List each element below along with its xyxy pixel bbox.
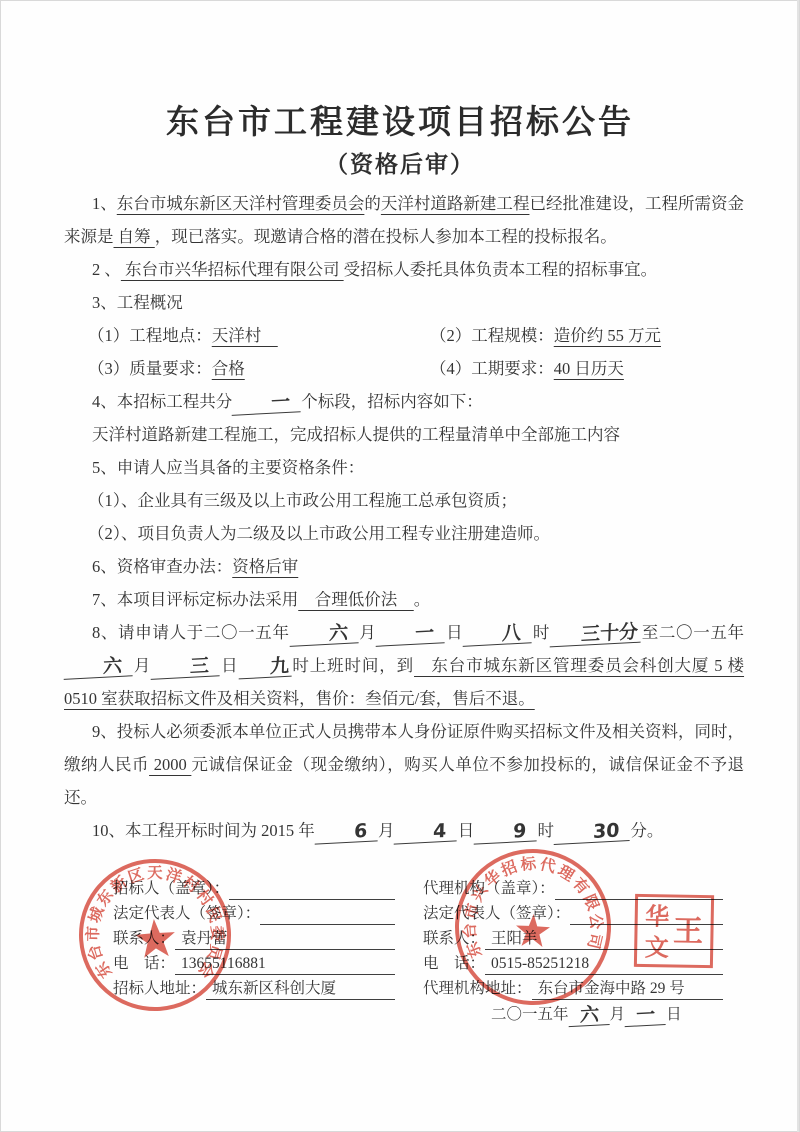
bidder-seal-row: 招标人（盖章）： <box>113 876 395 901</box>
agency-address-value: 东台市金海中路 29 号 <box>532 976 723 1000</box>
bidder-representative-blank <box>260 901 395 925</box>
overview-item-2: （2）工程规模：造价约 55 万元 <box>430 319 744 352</box>
bidder-seal-blank <box>229 876 395 900</box>
clause-7: 7、本项目评标定标办法采用 合理低价法 。 <box>64 583 744 616</box>
overview-item-3: （3）质量要求：合格 <box>64 352 430 385</box>
project-name-underlined: 天洋村道路新建工程 <box>381 194 530 213</box>
clause-3-heading: 3、工程概况 <box>64 286 744 319</box>
bidder-name-underlined: 东台市城东新区天洋村管理委员会 <box>117 194 365 213</box>
handwritten-end-day: 三 <box>151 656 221 680</box>
qualification-method-value: 资格后审 <box>232 557 298 576</box>
handwritten-end-hour: 九 <box>238 657 292 680</box>
agency-seal-blank <box>555 876 723 900</box>
handwritten-date-month: 六 <box>568 1005 610 1027</box>
clause-2-number: 2 、 <box>92 260 121 279</box>
handwritten-start-day: 一 <box>376 623 446 647</box>
agency-phone-value: 0515-85251218 <box>485 951 723 975</box>
clause-1-number: 1、 <box>92 194 117 213</box>
page-title: 东台市工程建设项目招标公告 <box>0 96 800 143</box>
clause-5-item-2: （2）、项目负责人为二级及以上市政公用工程专业注册建造师。 <box>64 517 744 550</box>
page-subtitle: （资格后审） <box>0 146 800 179</box>
bidder-phone-row: 电 话：13655116881 <box>113 951 395 976</box>
handwritten-open-minute: 30 <box>554 821 631 845</box>
handwritten-start-minute: 三十分 <box>550 623 642 648</box>
clause-5-item-1: （1）、企业具有三级及以上市政公用工程施工总承包资质； <box>64 484 744 517</box>
agency-address-row: 代理机构地址：东台市金海中路 29 号 <box>423 976 723 1001</box>
project-location-value: 天洋村 <box>212 326 278 345</box>
funding-source-underlined: 自筹 <box>114 227 155 246</box>
overview-item-1: （1）工程地点：天洋村 <box>64 319 430 352</box>
overview-row-1: （1）工程地点：天洋村 （2）工程规模：造价约 55 万元 <box>64 319 744 352</box>
handwritten-start-month: 六 <box>289 623 359 647</box>
document-page: 东台市工程建设项目招标公告 （资格后审） 1、东台市城东新区天洋村管理委员会的天… <box>0 0 800 1132</box>
agency-phone-row: 电 话：0515-85251218 <box>423 951 723 976</box>
bidder-contact-row: 联系人：袁丹蕾 <box>113 926 395 951</box>
handwritten-open-month: 6 <box>314 821 378 844</box>
bidder-phone-value: 13655116881 <box>175 951 395 975</box>
quality-requirement-value: 合格 <box>212 359 245 378</box>
handwritten-date-day: 一 <box>625 1005 667 1027</box>
overview-item-4: （4）工期要求：40 日历天 <box>430 352 744 385</box>
clause-9: 9、投标人必须委派本单位正式人员携带本人身份证原件购买招标文件及相关资料，同时，… <box>64 715 744 814</box>
clause-1: 1、东台市城东新区天洋村管理委员会的天洋村道路新建工程已经批准建设，工程所需资金… <box>64 187 744 253</box>
project-scale-value: 造价约 55 万元 <box>554 326 661 345</box>
bidder-contact-value: 袁丹蕾 <box>175 926 395 950</box>
clause-6: 6、资格审查办法：资格后审 <box>64 550 744 583</box>
agency-name-underlined: 东台市兴华招标代理有限公司 <box>121 260 344 279</box>
bidder-address-row: 招标人地址：城东新区科创大厦 <box>113 976 395 1001</box>
overview-row-2: （3）质量要求：合格 （4）工期要求：40 日历天 <box>64 352 744 385</box>
clause-2: 2 、 东台市兴华招标代理有限公司 受招标人委托具体负责本工程的招标事宜。 <box>64 253 744 286</box>
agency-contact-value: 王阳羊 <box>485 926 723 950</box>
deposit-amount-underlined: 2000 <box>149 755 191 774</box>
agency-representative-row: 法定代表人（签章）： <box>423 901 723 926</box>
agency-seal-row: 代理机构（盖章）： <box>423 876 723 901</box>
clause-5-heading: 5、申请人应当具备的主要资格条件： <box>64 451 744 484</box>
duration-requirement-value: 40 日历天 <box>554 359 624 378</box>
agency-signature-block: 代理机构（盖章）： 法定代表人（签章）： 联系人：王阳羊 电 话：0515-85… <box>423 876 723 1028</box>
evaluation-method-value: 合理低价法 <box>298 590 414 609</box>
document-body: 1、东台市城东新区天洋村管理委员会的天洋村道路新建工程已经批准建设，工程所需资金… <box>64 187 744 847</box>
bidder-representative-row: 法定代表人（签章）： <box>113 901 395 926</box>
handwritten-section-count: 一 <box>232 392 302 416</box>
handwritten-open-hour: 9 <box>474 821 538 844</box>
bidder-address-value: 城东新区科创大厦 <box>206 976 395 1000</box>
clause-4-detail: 天洋村道路新建工程施工，完成招标人提供的工程量清单中全部施工内容 <box>64 418 744 451</box>
bidder-signature-block: 招标人（盖章）： 法定代表人（签章）： 联系人：袁丹蕾 电 话：13655116… <box>113 876 395 1001</box>
clause-8: 8、请申请人于二〇一五年六月一日八时三十分至二〇一五年六月三日九时上班时间，到 … <box>64 616 744 715</box>
handwritten-start-hour: 八 <box>463 623 533 647</box>
handwritten-open-day: 4 <box>394 821 458 844</box>
clause-4: 4、本招标工程共分一个标段，招标内容如下： <box>64 385 744 418</box>
agency-representative-blank <box>570 901 723 925</box>
document-date: 二〇一五年六月一日 <box>423 1002 723 1028</box>
agency-contact-row: 联系人：王阳羊 <box>423 926 723 951</box>
handwritten-end-month: 六 <box>64 656 134 680</box>
clause-10: 10、本工程开标时间为 2015 年6月4日9时30分。 <box>64 814 744 847</box>
